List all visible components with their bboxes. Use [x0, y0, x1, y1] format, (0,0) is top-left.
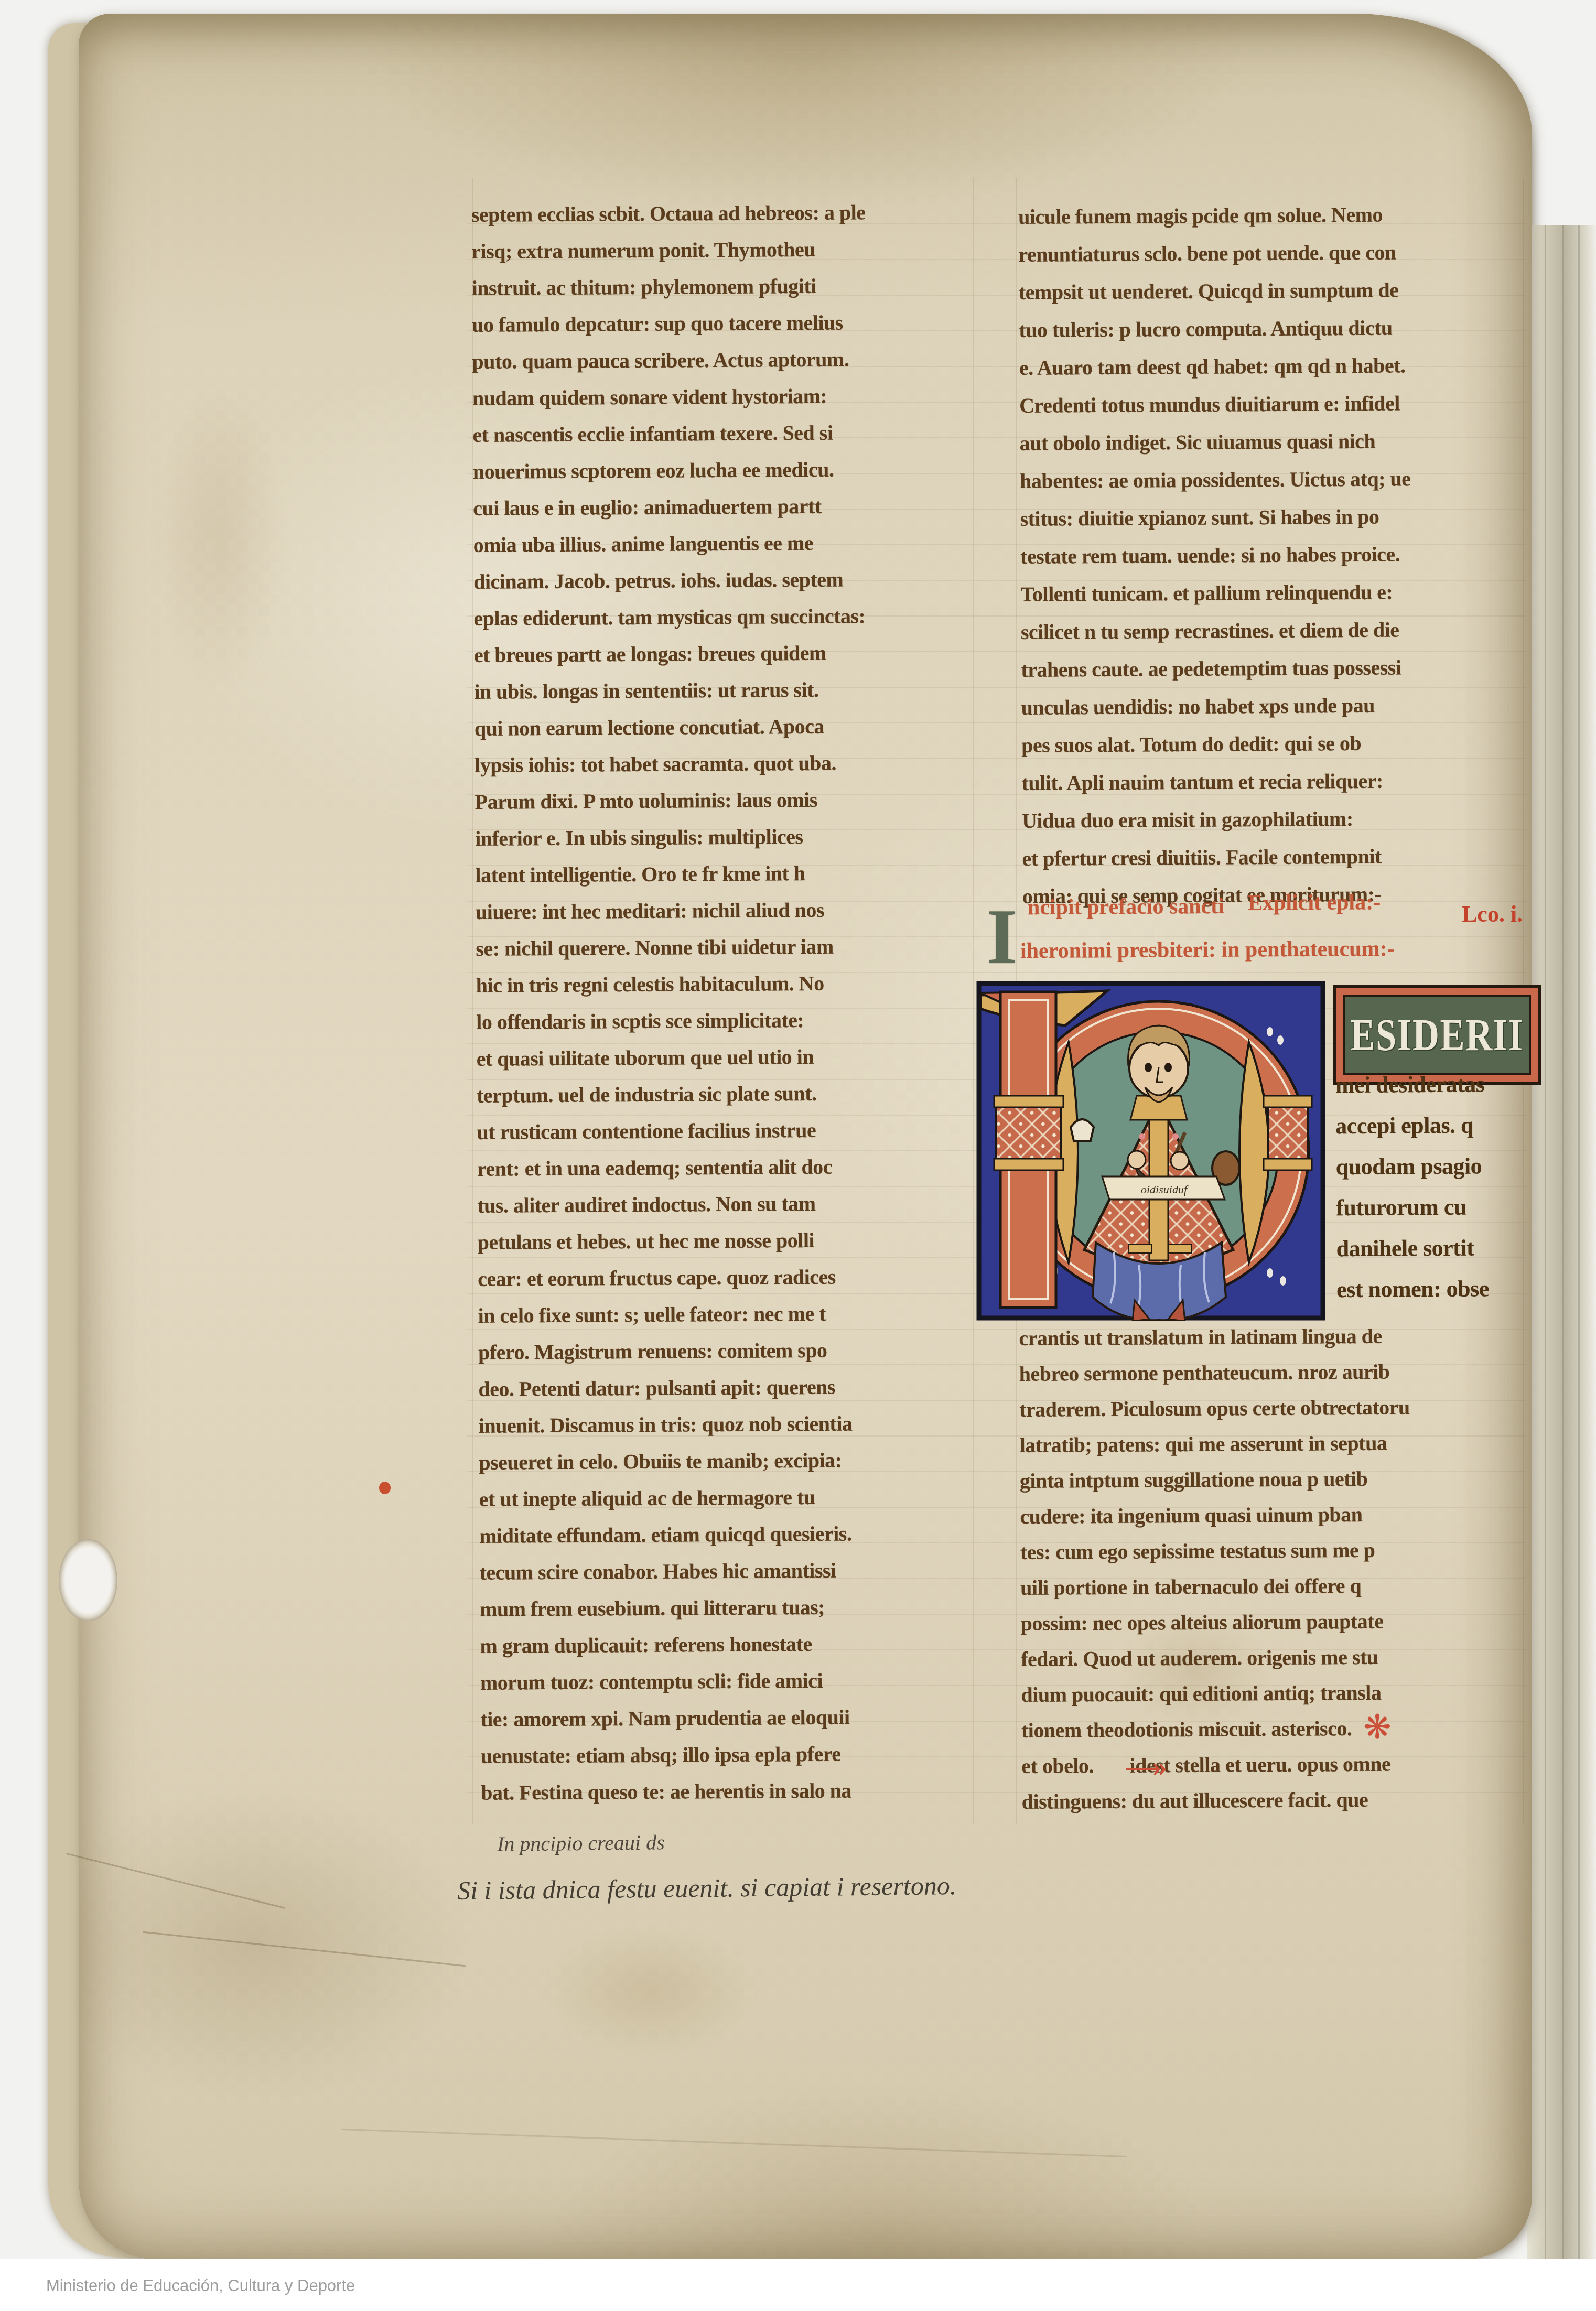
manuscript-line: danihele sortit	[1336, 1227, 1530, 1269]
parchment-crease	[341, 2129, 1127, 2157]
manuscript-line: uicule funem magis pcide qm solue. Nemo	[1018, 195, 1522, 236]
parchment-crease	[66, 1853, 285, 1909]
manuscript-line: tionem theodotionis miscuit. asterisco.	[1021, 1710, 1535, 1748]
manuscript-line: testate rem tuam. uende: si no habes pro…	[1020, 535, 1524, 576]
left-text-column: septem ecclias scbit. Octaua ad hebreos:…	[471, 193, 979, 1811]
manuscript-line: se: nichil querere. Nonne tibi uidetur i…	[476, 927, 974, 967]
manuscript-line: est nomen: obse	[1336, 1268, 1530, 1310]
manuscript-line: eplas ediderunt. tam mysticas qm succinc…	[473, 597, 972, 637]
manuscript-line: accepi eplas. q	[1335, 1105, 1529, 1147]
manuscript-line: uili portione in tabernaculo dei offere …	[1020, 1567, 1534, 1606]
rubric-line2: iheronimi presbiteri: in penthateucum:-	[1020, 936, 1395, 964]
manuscript-line: renuntiaturus sclo. bene pot uende. que …	[1018, 233, 1522, 274]
rubric-explicit: Explicit epla:-	[1248, 890, 1381, 916]
fore-edge-streak	[1562, 225, 1564, 2260]
manuscript-line: risq; extra numerum ponit. Thymotheu	[471, 230, 969, 270]
manuscript-line: traderem. Piculosum opus certe obtrectat…	[1019, 1389, 1533, 1428]
addendum-line: In pncipio creaui ds	[497, 1830, 665, 1856]
parchment-stain	[152, 381, 288, 695]
manuscript-line: possim: nec opes alteius aliorum pauptat…	[1020, 1603, 1534, 1642]
red-margin-dot	[379, 1482, 391, 1494]
scanned-manuscript-page: septem ecclias scbit. Octaua ad hebreos:…	[0, 0, 1596, 2311]
manuscript-line: bat. Festina queso te: ae herentis in sa…	[481, 1772, 979, 1811]
manuscript-line: trahens caute. ae pedetemptim tuas posse…	[1021, 648, 1524, 689]
right-text-column-upper: uicule funem magis pcide qm solue. Nemor…	[1018, 195, 1526, 915]
manuscript-line: e. Auaro tam deest qd habet: qm qd n hab…	[1019, 346, 1523, 387]
manuscript-line: tulit. Apli nauim tantum et recia reliqu…	[1021, 761, 1525, 802]
manuscript-line: aut obolo indiget. Sic uiuamus quasi nic…	[1019, 422, 1523, 462]
manuscript-line: tes: cum ego sepissime testatus sum me p	[1020, 1531, 1534, 1570]
manuscript-line: tie: amorem xpi. Nam prudentia ae eloqui…	[480, 1698, 978, 1738]
manuscript-line: quodam psagio	[1336, 1146, 1530, 1187]
manuscript-line: in celo fixe sunt: s; uelle fateor: nec …	[478, 1294, 976, 1334]
manuscript-line: rent: et in una eademq; sententia alit d…	[477, 1148, 975, 1187]
addendum-line: Si i ista dnica festu euenit. si capiat …	[457, 1870, 957, 1906]
manuscript-line: mum frem eusebium. qui litteraru tuas;	[480, 1588, 978, 1628]
manuscript-line: futurorum cu	[1336, 1186, 1530, 1228]
manuscript-line: puto. quam pauca scribere. Actus aptorum…	[472, 340, 970, 380]
manuscript-line: omia uba illius. anime languentis ee me	[473, 524, 971, 564]
manuscript-line: et nascentis ecclie infantiam texere. Se…	[472, 414, 970, 453]
parchment-stain	[540, 1922, 760, 2058]
right-text-column-lower: crantis ut translatum in latinam lingua …	[1019, 1318, 1536, 1820]
manuscript-line: et obelo. idest stella et ueru. opus omn…	[1021, 1745, 1535, 1784]
manuscript-line: septem ecclias scbit. Octaua ad hebreos:…	[471, 193, 969, 233]
manuscript-line: crantis ut translatum in latinam lingua …	[1019, 1318, 1533, 1356]
manuscript-line: petulans et hebes. ut hec me nosse polli	[478, 1221, 976, 1261]
fore-edge-streak	[1545, 225, 1546, 2260]
manuscript-line: pes suos alat. Totum do dedit: qui se ob	[1021, 723, 1525, 764]
manuscript-line: et ut inepte aliquid ac de hermagore tu	[479, 1478, 977, 1518]
rubric-incipit: ncipit prefacio sancti	[1028, 894, 1224, 920]
manuscript-line: inferior e. In ubis singulis: multiplice…	[475, 817, 973, 857]
manuscript-line: tecum scire conabor. Habes hic amantissi	[479, 1551, 977, 1591]
manuscript-line: Parum dixi. P mto uoluminis: laus omis	[475, 781, 973, 820]
manuscript-line: in ubis. longas in sententiis: ut rarus …	[474, 671, 972, 710]
manuscript-line: uo famulo depcatur: sup quo tacere meliu…	[472, 304, 970, 343]
manuscript-line: latent intelligentie. Oro te fr kme int …	[475, 854, 973, 894]
manuscript-line: lypsis iohis: tot habet sacramta. quot u…	[475, 744, 973, 784]
initial-d-artwork: oidisuiduf	[976, 979, 1327, 1321]
manuscript-line: tempsit ut uenderet. Quicqd in sumptum d…	[1019, 271, 1522, 311]
manuscript-line: tus. aliter audiret indoctus. Non su tam	[477, 1184, 975, 1224]
manuscript-line: stitus: diuitie xpianoz sunt. Si habes i…	[1020, 497, 1523, 538]
display-capitals-text: ESIDERII	[1351, 1009, 1524, 1061]
manuscript-line: pseueret in celo. Obuiis te manib; excip…	[479, 1441, 977, 1481]
asterisk-rosette-mark: ❋	[1363, 1708, 1392, 1747]
historiated-initial-d: oidisuiduf	[976, 979, 1327, 1321]
manuscript-line: deo. Petenti datur: pulsanti apit: quere…	[478, 1368, 976, 1408]
manuscript-line: mei desideratas	[1335, 1064, 1529, 1106]
scroll-inscription: oidisuiduf	[1141, 1183, 1189, 1196]
manuscript-line: et breues partt ae longas: breues quidem	[474, 634, 972, 674]
manuscript-line: scilicet n tu semp recrastines. et diem …	[1021, 610, 1524, 651]
manuscript-line: Credenti totus mundus diuitiarum e: infi…	[1019, 384, 1523, 425]
parchment-hole	[59, 1539, 117, 1621]
manuscript-line: distinguens: du aut illucescere facit. q…	[1022, 1781, 1536, 1820]
book-fore-edge	[1527, 225, 1596, 2260]
margin-lection-note: Lco. i.	[1462, 901, 1523, 927]
manuscript-line: Tollenti tunicam. et pallium relinquendu…	[1020, 573, 1524, 613]
manuscript-line: nudam quidem sonare vident hystoriam:	[472, 377, 970, 417]
manuscript-line: dicinam. Jacob. petrus. iohs. iudas. sep…	[473, 560, 972, 600]
manuscript-line: ut rusticam contentione facilius instrue	[477, 1111, 975, 1151]
manuscript-line: m gram duplicauit: referens honestate	[480, 1625, 978, 1665]
manuscript-line: hic in tris regni celestis habitaculum. …	[476, 964, 974, 1004]
manuscript-line: Uidua duo era misit in gazophilatium:	[1022, 799, 1525, 840]
fore-edge-streak	[1578, 225, 1580, 2260]
manuscript-line: miditate effundam. etiam quicqd quesieri…	[479, 1515, 977, 1554]
manuscript-line: uiuere: int hec meditari: nichil aliud n…	[476, 891, 974, 931]
manuscript-line: ginta intptum suggillatione noua p uetib	[1020, 1460, 1534, 1499]
manuscript-line: tuo tuleris: p lucro computa. Antiquu di…	[1019, 308, 1522, 349]
manuscript-line: et quasi uilitate uborum que uel utio in	[476, 1038, 974, 1077]
footer-watermark-text: Ministerio de Educación, Cultura y Depor…	[46, 2276, 355, 2295]
text-beside-initial: mei desideratasaccepi eplas. qquodam psa…	[1335, 1064, 1531, 1310]
manuscript-line: cear: et eorum fructus cape. quoz radice…	[478, 1258, 976, 1298]
manuscript-line: qui non earum lectione concutiat. Apoca	[475, 707, 973, 747]
manuscript-line: et pfertur cresi diuitiis. Facile contem…	[1022, 837, 1525, 878]
manuscript-line: hebreo sermone penthateucum. nroz aurib	[1019, 1353, 1533, 1392]
manuscript-line: nouerimus scptorem eoz lucha ee medicu.	[473, 450, 971, 490]
manuscript-line: dium puocauit: qui editioni antiq; trans…	[1021, 1674, 1535, 1713]
manuscript-line: terptum. uel de industria sic plate sunt…	[477, 1074, 975, 1114]
manuscript-line: latratib; patens: qui me asserunt in sep…	[1019, 1424, 1533, 1463]
manuscript-line: pfero. Magistrum renuens: comitem spo	[478, 1331, 976, 1371]
parchment-crease	[143, 1931, 466, 1967]
manuscript-line: unculas uendidis: no habet xps unde pau	[1021, 686, 1525, 727]
manuscript-line: lo offendaris in scptis sce simplicitate…	[476, 1001, 974, 1041]
manuscript-line: instruit. ac thitum: phylemonem pfugiti	[471, 267, 969, 307]
manuscript-line: inuenit. Discamus in tris: quoz nob scie…	[479, 1405, 977, 1444]
manuscript-line: habentes: ae omia possidentes. Uictus at…	[1020, 459, 1523, 500]
manuscript-line: cudere: ita ingenium quasi uinum pban	[1020, 1496, 1534, 1535]
rubric-initial-i: I	[987, 898, 1017, 976]
manuscript-line: cui laus e in euglio: animaduertem partt	[473, 487, 971, 527]
manuscript-line: uenustate: etiam absq; illo ipsa epla pf…	[481, 1735, 979, 1775]
obelus-mark: —»	[1126, 1750, 1164, 1784]
manuscript-line: morum tuoz: contemptu scli: fide amici	[480, 1661, 978, 1701]
manuscript-line: fedari. Quod ut auderem. origenis me stu	[1021, 1638, 1535, 1677]
